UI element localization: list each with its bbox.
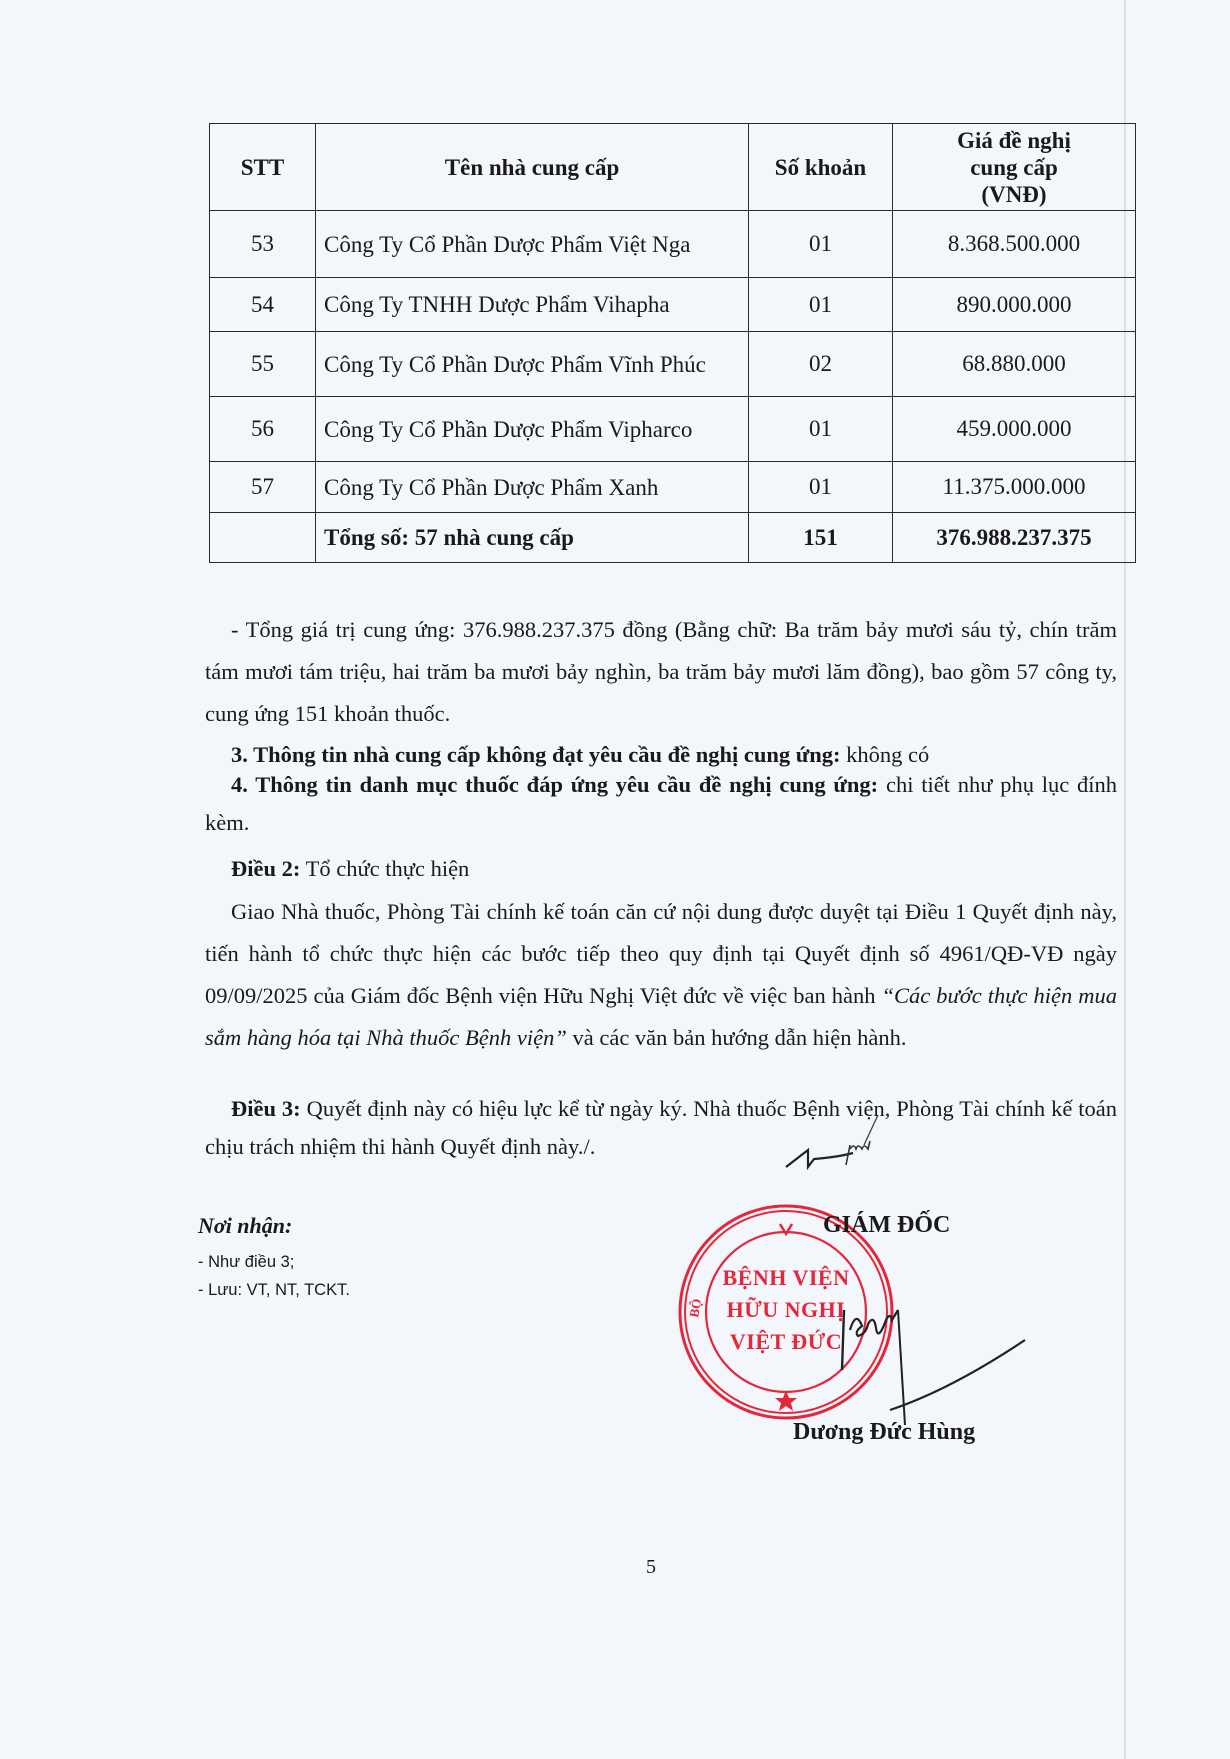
row-count: 01 bbox=[749, 211, 893, 278]
table-total-row: Tổng số: 57 nhà cung cấp 151 376.988.237… bbox=[210, 513, 1136, 563]
table-row: 55 Công Ty Cổ Phần Dược Phẩm Vĩnh Phúc 0… bbox=[210, 332, 1136, 397]
supplier-table: STT Tên nhà cung cấp Số khoản Giá đề ngh… bbox=[209, 123, 1136, 563]
header-price-line: Giá đề nghị bbox=[901, 127, 1127, 154]
initial-signature bbox=[778, 1115, 888, 1175]
recipients-title: Nơi nhận: bbox=[198, 1213, 292, 1239]
article-3: Điều 3: Quyết định này có hiệu lực kể từ… bbox=[205, 1090, 1117, 1166]
summary-text: - Tổng giá trị cung ứng: 376.988.237.375… bbox=[205, 617, 1117, 726]
article-2-heading: Điều 2: bbox=[231, 856, 300, 881]
header-count: Số khoản bbox=[749, 124, 893, 211]
row-supplier: Công Ty Cổ Phần Dược Phẩm Vĩnh Phúc bbox=[316, 332, 749, 397]
header-supplier: Tên nhà cung cấp bbox=[316, 124, 749, 211]
item-3-text: không có bbox=[841, 742, 930, 767]
table-row: 56 Công Ty Cổ Phần Dược Phẩm Vipharco 01… bbox=[210, 397, 1136, 462]
table-row: 53 Công Ty Cổ Phần Dược Phẩm Việt Nga 01… bbox=[210, 211, 1136, 278]
article-2-title: Điều 2: Tổ chức thực hiện bbox=[205, 848, 1117, 890]
article-2-text: Tổ chức thực hiện bbox=[300, 856, 469, 881]
total-price: 376.988.237.375 bbox=[893, 513, 1136, 563]
total-count: 151 bbox=[749, 513, 893, 563]
row-supplier: Công Ty TNHH Dược Phẩm Vihapha bbox=[316, 278, 749, 332]
row-price: 8.368.500.000 bbox=[893, 211, 1136, 278]
article-2-body-end: và các văn bản hướng dẫn hiện hành. bbox=[567, 1025, 907, 1050]
signer-title: GIÁM ĐỐC bbox=[823, 1212, 950, 1239]
recipient-item: - Lưu: VT, NT, TCKT. bbox=[198, 1281, 350, 1300]
summary-paragraph: - Tổng giá trị cung ứng: 376.988.237.375… bbox=[205, 609, 1117, 735]
article-3-text: Quyết định này có hiệu lực kể từ ngày ký… bbox=[205, 1096, 1117, 1159]
table-header-row: STT Tên nhà cung cấp Số khoản Giá đề ngh… bbox=[210, 124, 1136, 211]
row-price: 11.375.000.000 bbox=[893, 462, 1136, 513]
recipient-item: - Như điều 3; bbox=[198, 1253, 294, 1272]
header-price-line: (VNĐ) bbox=[901, 181, 1127, 208]
page-number: 5 bbox=[646, 1556, 656, 1579]
total-label: Tổng số: 57 nhà cung cấp bbox=[316, 513, 749, 563]
row-stt: 55 bbox=[210, 332, 316, 397]
row-count: 01 bbox=[749, 397, 893, 462]
item-4: 4. Thông tin danh mục thuốc đáp ứng yêu … bbox=[205, 766, 1117, 842]
director-signature bbox=[840, 1290, 1040, 1440]
row-stt: 56 bbox=[210, 397, 316, 462]
row-count: 01 bbox=[749, 278, 893, 332]
row-supplier: Công Ty Cổ Phần Dược Phẩm Việt Nga bbox=[316, 211, 749, 278]
table-row: 57 Công Ty Cổ Phần Dược Phẩm Xanh 01 11.… bbox=[210, 462, 1136, 513]
item-3-heading: 3. Thông tin nhà cung cấp không đạt yêu … bbox=[231, 742, 841, 767]
row-count: 02 bbox=[749, 332, 893, 397]
total-empty-cell bbox=[210, 513, 316, 563]
row-price: 890.000.000 bbox=[893, 278, 1136, 332]
row-count: 01 bbox=[749, 462, 893, 513]
header-price-line: cung cấp bbox=[901, 154, 1127, 181]
signer-name: Dương Đức Hùng bbox=[793, 1419, 975, 1446]
row-supplier: Công Ty Cổ Phần Dược Phẩm Vipharco bbox=[316, 397, 749, 462]
row-stt: 57 bbox=[210, 462, 316, 513]
row-price: 459.000.000 bbox=[893, 397, 1136, 462]
table-row: 54 Công Ty TNHH Dược Phẩm Vihapha 01 890… bbox=[210, 278, 1136, 332]
row-supplier: Công Ty Cổ Phần Dược Phẩm Xanh bbox=[316, 462, 749, 513]
article-2-body: Giao Nhà thuốc, Phòng Tài chính kế toán … bbox=[205, 891, 1117, 1059]
header-price: Giá đề nghị cung cấp (VNĐ) bbox=[893, 124, 1136, 211]
article-3-heading: Điều 3: bbox=[231, 1096, 301, 1121]
row-stt: 54 bbox=[210, 278, 316, 332]
item-4-heading: 4. Thông tin danh mục thuốc đáp ứng yêu … bbox=[231, 772, 878, 797]
row-stt: 53 bbox=[210, 211, 316, 278]
row-price: 68.880.000 bbox=[893, 332, 1136, 397]
header-stt: STT bbox=[210, 124, 316, 211]
